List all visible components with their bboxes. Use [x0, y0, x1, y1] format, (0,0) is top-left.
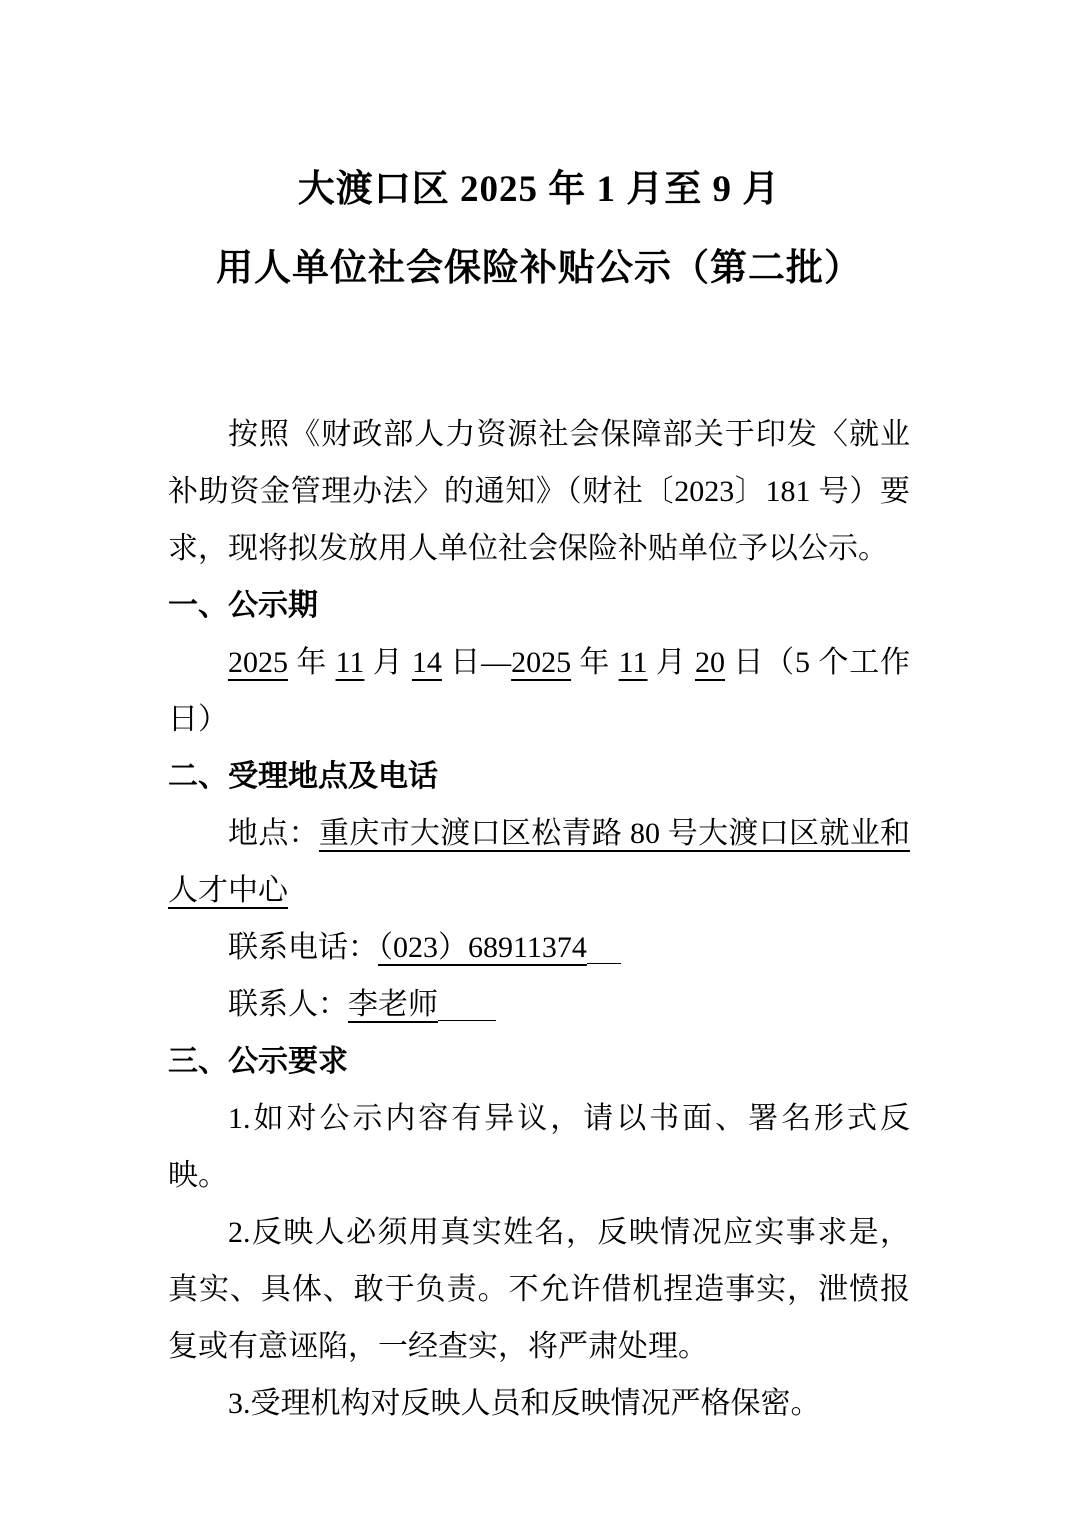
period-end-day: 20 — [695, 646, 725, 679]
period-day-dash: 日— — [442, 646, 511, 679]
requirement-item-2: 2.反映人必须用真实姓名，反映情况应实事求是，真实、具体、敢于负责。不允许借机捏… — [168, 1204, 910, 1375]
period-month-label-2: 月 — [648, 646, 696, 679]
requirement-item-1: 1.如对公示内容有异议，请以书面、署名形式反映。 — [168, 1090, 910, 1204]
contact-value: 李老师 — [348, 988, 438, 1021]
contact-underline-tail — [438, 1020, 496, 1021]
phone-line: 联系电话：（023）68911374 — [168, 919, 910, 976]
period-year-label-2: 年 — [571, 646, 619, 679]
period-year-label: 年 — [288, 646, 336, 679]
title-line-2: 用人单位社会保险补贴公示（第二批） — [168, 229, 910, 308]
section1-heading: 一、公示期 — [168, 577, 910, 634]
period-start-day: 14 — [412, 646, 442, 679]
phone-value: （023）68911374 — [378, 931, 587, 964]
phone-label: 联系电话： — [228, 931, 378, 964]
document-page: 大渡口区 2025 年 1 月至 9 月 用人单位社会保险补贴公示（第二批） 按… — [0, 0, 1074, 1520]
publicity-period-line: 2025 年 11 月 14 日—2025 年 11 月 20 日（5 个工作日… — [168, 634, 910, 748]
period-month-label: 月 — [364, 646, 412, 679]
section2-heading: 二、受理地点及电话 — [168, 748, 910, 805]
intro-paragraph: 按照《财政部人力资源社会保障部关于印发〈就业补助资金管理办法〉的通知》（财社〔2… — [168, 406, 910, 577]
period-end-year: 2025 — [511, 646, 571, 679]
period-end-month: 11 — [619, 646, 648, 679]
document-title: 大渡口区 2025 年 1 月至 9 月 用人单位社会保险补贴公示（第二批） — [168, 150, 910, 308]
period-start-month: 11 — [336, 646, 365, 679]
requirement-item-3: 3.受理机构对反映人员和反映情况严格保密。 — [168, 1375, 910, 1432]
period-start-year: 2025 — [228, 646, 288, 679]
contact-line: 联系人：李老师 — [168, 976, 910, 1033]
contact-label: 联系人： — [228, 988, 348, 1021]
address-label: 地点： — [228, 817, 319, 850]
section3-heading: 三、公示要求 — [168, 1033, 910, 1090]
address-line: 地点：重庆市大渡口区松青路 80 号大渡口区就业和人才中心 — [168, 805, 910, 919]
title-line-1: 大渡口区 2025 年 1 月至 9 月 — [168, 150, 910, 229]
phone-underline-tail — [587, 963, 621, 964]
